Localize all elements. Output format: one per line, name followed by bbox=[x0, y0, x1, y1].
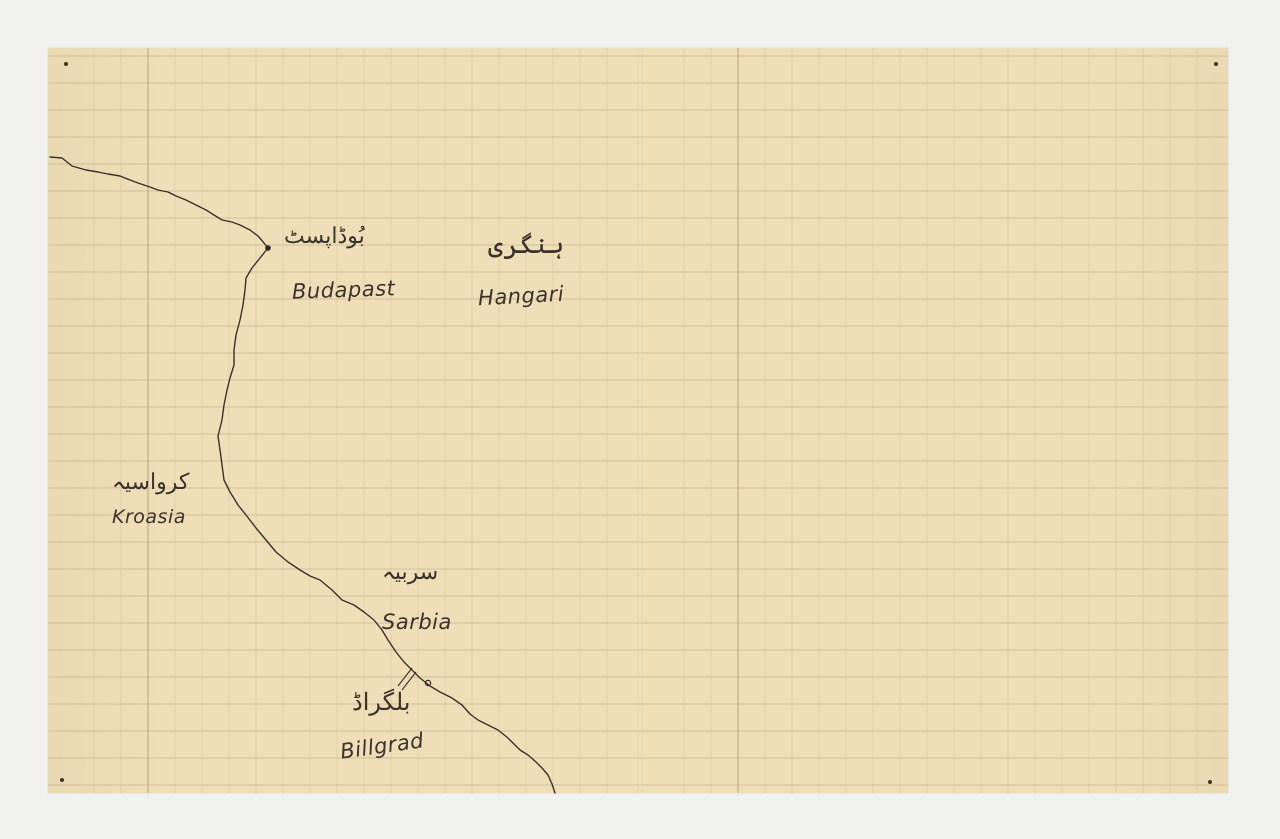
belgrade-urdu-label: بلگراڈ bbox=[352, 688, 410, 716]
budapest-latin-label: Budapast bbox=[292, 276, 396, 304]
budapest-dot bbox=[265, 245, 271, 251]
river-drawing bbox=[0, 0, 1280, 839]
hungary-latin-label: Hangari bbox=[477, 282, 564, 310]
budapest-urdu-label: بُوڈاپسٹ bbox=[284, 224, 365, 249]
serbia-urdu-label: سربیہ bbox=[382, 560, 438, 585]
serbia-latin-label: Sarbia bbox=[382, 610, 452, 634]
hungary-urdu-label: ہنگری bbox=[488, 230, 564, 260]
croatia-latin-label: Kroasia bbox=[112, 506, 186, 528]
croatia-urdu-label: کرواسیہ bbox=[112, 470, 189, 495]
